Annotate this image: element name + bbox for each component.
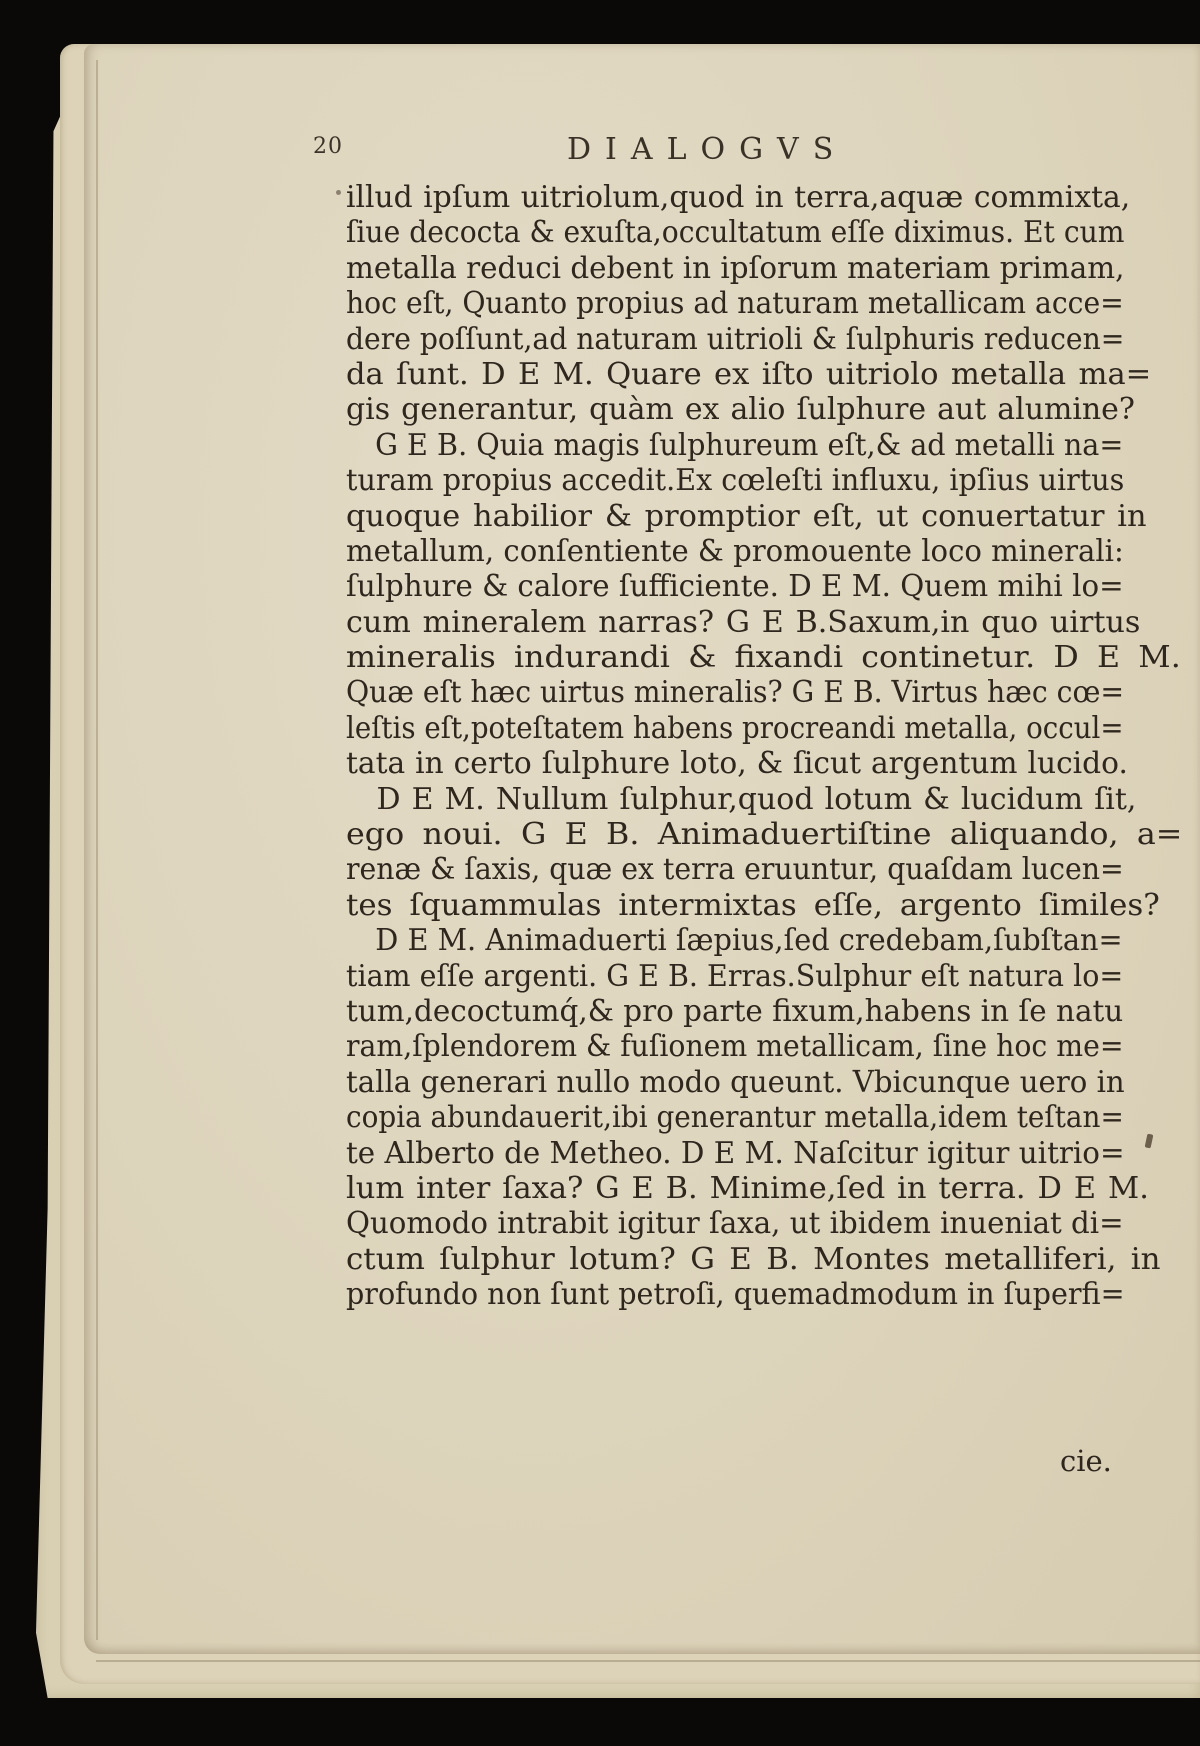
text-line: tes ſquammulas intermixtas eſſe, argento… (346, 888, 1160, 923)
text-line: ego noui. G E B. Animaduertiſtine aliqua… (346, 817, 1182, 852)
text-line: lum inter ſaxa? G E B. Minime,ſed in ter… (346, 1171, 1149, 1206)
page-bottom-edge (96, 1660, 1200, 1662)
text-line: illud ipſum uitriolum,quod in terra,aquæ… (346, 180, 1130, 215)
text-line: turam propius accedit.Ex cœleſti influxu… (346, 463, 1099, 498)
text-line: tum,decoctumq́,& pro parte fixum,habens … (346, 994, 1122, 1029)
text-line: D E M. Animaduerti ſæpius,ſed credebam,ſ… (346, 923, 1105, 958)
catchword: cie. (1060, 1444, 1112, 1478)
text-line: cum mineralem narras? G E B.Saxum,in quo… (346, 605, 1140, 640)
ink-dot (336, 190, 341, 195)
text-line: ſulphure & calore ſufficiente. D E M. Qu… (346, 569, 1118, 604)
page-number: 20 (313, 134, 343, 159)
text-line: gis generantur, quàm ex alio ſulphure au… (346, 392, 1135, 427)
body-text: illud ipſum uitriolum,quod in terra,aquæ… (346, 180, 1124, 1313)
text-line: renæ & ſaxis, quæ ex terra eruuntur, qua… (346, 852, 1093, 887)
text-line: metalla reduci debent in ipſorum materia… (346, 251, 1120, 286)
text-line: quoque habilior & promptior eſt, ut conu… (346, 499, 1147, 534)
text-line: ram,ſplendorem & fuſionem metallicam, ſi… (346, 1029, 1092, 1064)
text-line: G E B. Quia magis ſulphureum eſt,& ad me… (346, 428, 1101, 463)
text-line: te Alberto de Metheo. D E M. Naſcitur ig… (346, 1136, 1120, 1171)
text-line: D E M. Nullum ſulphur,quod lotum & lucid… (346, 782, 1136, 817)
text-line: da ſunt. D E M. Quare ex iſto uitriolo m… (346, 357, 1151, 392)
text-line: hoc eſt, Quanto propius ad naturam metal… (346, 286, 1091, 321)
text-line: tata in certo ſulphure loto, & ſicut arg… (346, 746, 1128, 781)
text-line: mineralis indurandi & fixandi continetur… (346, 640, 1181, 675)
text-line: dere poſſunt,ad naturam uitrioli & ſulph… (346, 322, 1090, 357)
text-line: tiam eſſe argenti. G E B. Erras.Sulphur … (346, 959, 1098, 994)
text-line: leſtis eſt,poteſtatem habens procreandi … (346, 711, 1075, 746)
text-line: Quomodo intrabit igitur ſaxa, ut ibidem … (346, 1206, 1117, 1241)
text-line: ctum ſulphur lotum? G E B. Montes metall… (346, 1242, 1161, 1277)
running-title: DIALOGVS (567, 132, 847, 167)
page-edge-line (96, 60, 98, 1640)
text-line: ſiue decocta & exuſta,occultatum eſſe di… (346, 215, 1089, 250)
running-head: 20 DIALOGVS (0, 132, 1200, 172)
text-line: profundo non ſunt petroſi, quemadmodum i… (346, 1277, 1100, 1312)
text-line: metallum, conſentiente & promouente loco… (346, 534, 1114, 569)
text-line: copia abundauerit,ibi generantur metalla… (346, 1100, 1080, 1135)
text-line: Quæ eſt hæc uirtus mineralis? G E B. Vir… (346, 675, 1091, 710)
text-line: talla generari nullo modo queunt. Vbicun… (346, 1065, 1115, 1100)
